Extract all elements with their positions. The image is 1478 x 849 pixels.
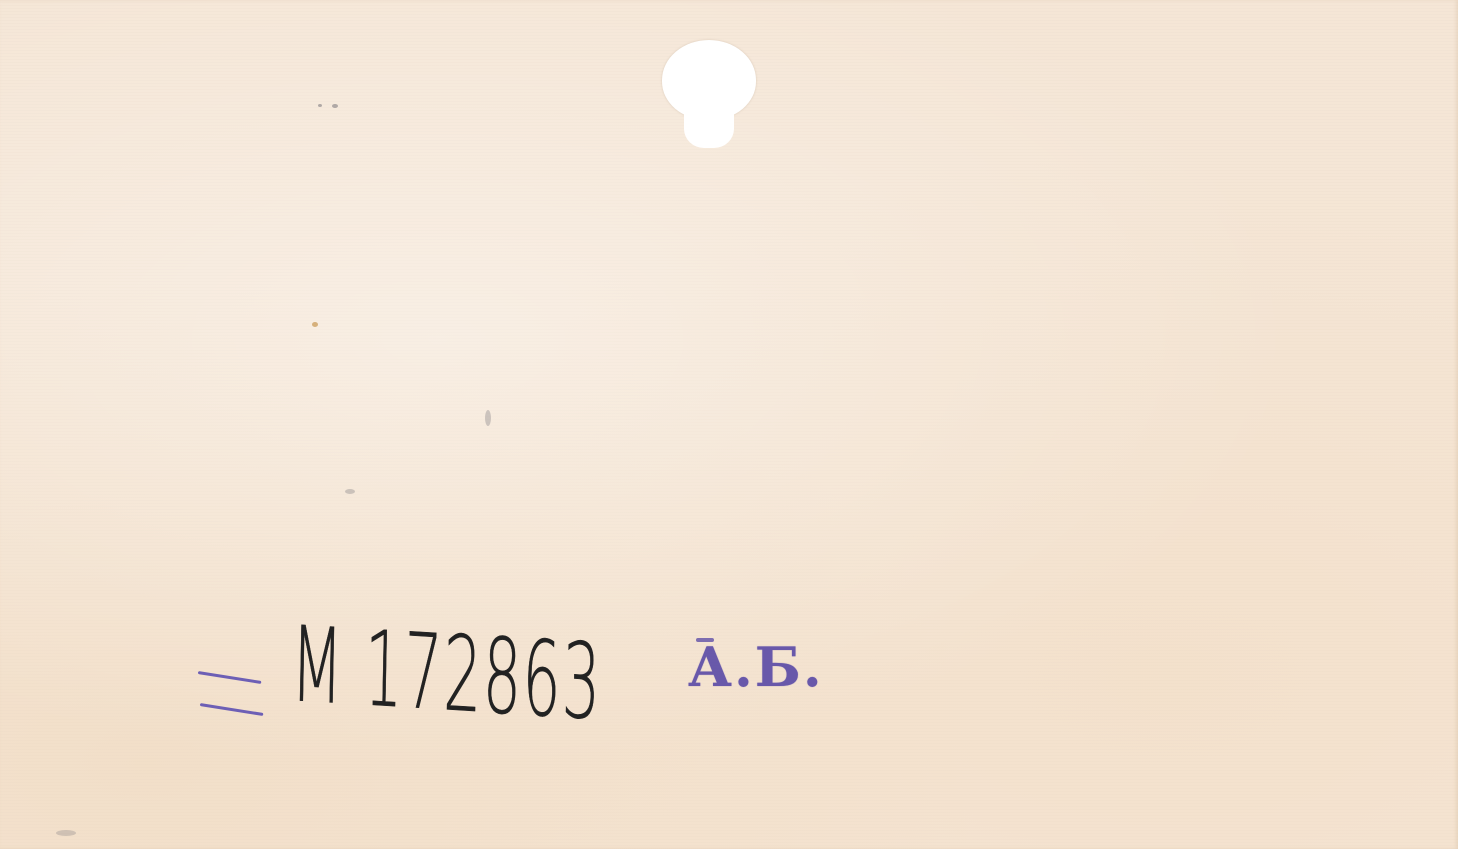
- paper-speck: [318, 104, 322, 107]
- paper-speck: [56, 830, 76, 836]
- stamp-text: А.Б.: [688, 635, 824, 699]
- equals-mark: [198, 665, 268, 725]
- equals-stroke: [200, 703, 264, 716]
- paper-speck: [312, 322, 318, 327]
- paper-speck: [332, 104, 338, 108]
- equals-stroke: [198, 671, 262, 684]
- paper-speck: [485, 410, 491, 426]
- paper-speck: [345, 489, 355, 494]
- initials-stamp: А.Б.: [688, 640, 824, 694]
- scanned-page: M 172863 А.Б.: [0, 0, 1478, 849]
- index-card: M 172863 А.Б.: [0, 0, 1458, 849]
- stamp-diacritic: [696, 638, 714, 642]
- punch-hole: [662, 40, 756, 120]
- catalog-number: M 172863: [290, 612, 603, 735]
